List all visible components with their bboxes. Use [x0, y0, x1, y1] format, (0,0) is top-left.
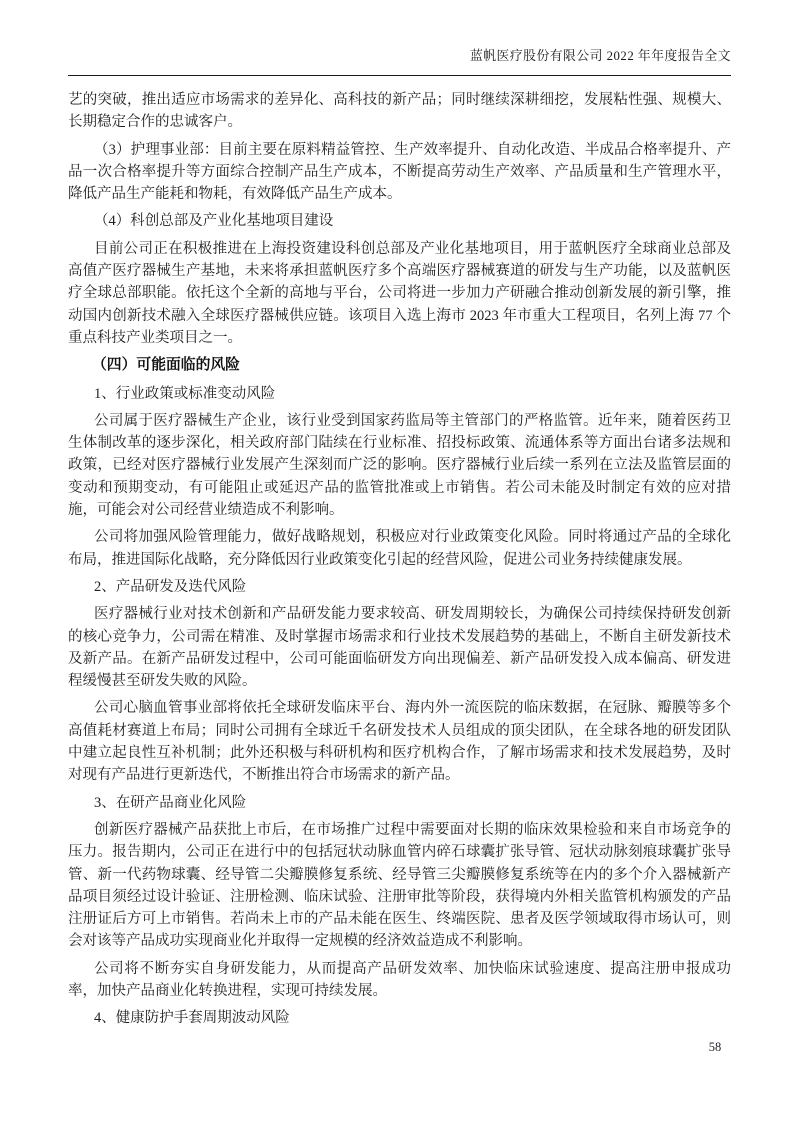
page-header-title: 蓝帆医疗股份有限公司 2022 年年度报告全文 — [470, 49, 731, 63]
paragraph: （4）科创总部及产业化基地项目建设 — [68, 210, 731, 232]
section-heading: （四）可能面临的风险 — [68, 354, 731, 376]
paragraph: 公司将不断夯实自身研发能力，从而提高产品研发效率、加快临床试验速度、提高注册申报… — [68, 958, 731, 1003]
document-body: 艺的突破，推出适应市场需求的差异化、高科技的新产品；同时继续深耕细挖，发展粘性强… — [68, 76, 731, 1030]
paragraph: 创新医疗器械产品获批上市后，在市场推广过程中需要面对长期的临床效果检验和来自市场… — [68, 819, 731, 953]
paragraph: 3、在研产品商业化风险 — [68, 792, 731, 814]
page-header: 蓝帆医疗股份有限公司 2022 年年度报告全文 — [68, 0, 731, 66]
paragraph: 艺的突破，推出适应市场需求的差异化、高科技的新产品；同时继续深耕细挖，发展粘性强… — [68, 89, 731, 134]
paragraph: （3）护理事业部：目前主要在原料精益管控、生产效率提升、自动化改造、半成品合格率… — [68, 139, 731, 206]
report-page: 蓝帆医疗股份有限公司 2022 年年度报告全文 艺的突破，推出适应市场需求的差异… — [0, 0, 794, 1123]
paragraph: 公司心脑血管事业部将依托全球研发临床平台、海内外一流医院的临床数据，在冠脉、瓣膜… — [68, 697, 731, 786]
paragraph: 公司属于医疗器械生产企业，该行业受到国家药监局等主管部门的严格监管。近年来，随着… — [68, 410, 731, 521]
paragraph: 1、行业政策或标准变动风险 — [68, 383, 731, 405]
paragraph: 2、产品研发及迭代风险 — [68, 576, 731, 598]
page-number: 58 — [698, 1040, 732, 1055]
paragraph: 公司将加强风险管理能力，做好战略规划，积极应对行业政策变化风险。同时将通过产品的… — [68, 526, 731, 571]
paragraph: 目前公司正在积极推进在上海投资建设科创总部及产业化基地项目，用于蓝帆医疗全球商业… — [68, 238, 731, 349]
paragraph: 医疗器械行业对技术创新和产品研发能力要求较高、研发周期较长，为确保公司持续保持研… — [68, 603, 731, 692]
paragraph: 4、健康防护手套周期波动风险 — [68, 1007, 731, 1029]
